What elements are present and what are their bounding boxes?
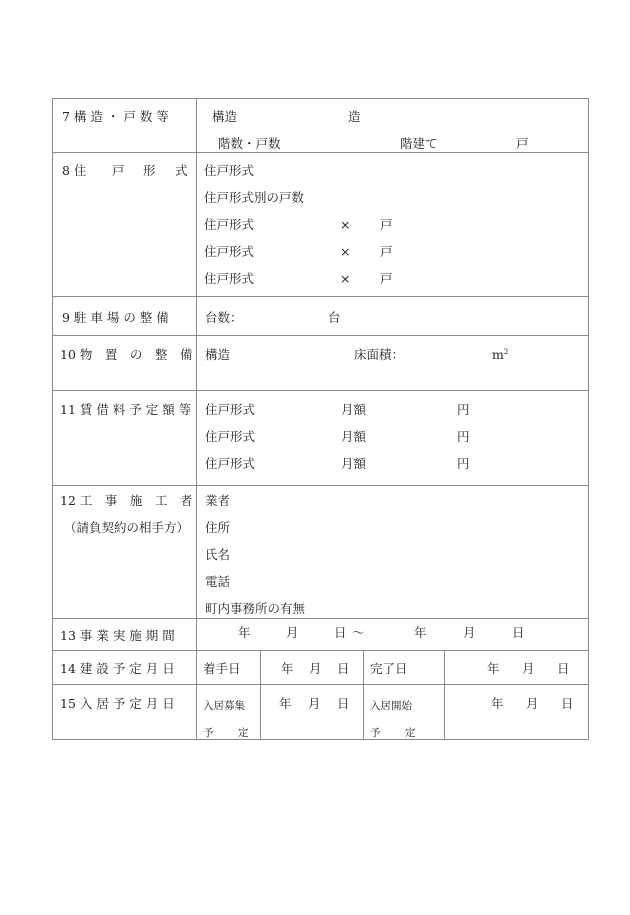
start-year: 年 — [281, 662, 294, 676]
floors-suffix: 階建て — [400, 137, 438, 151]
movein-label-line1: 入居開始 — [370, 699, 412, 713]
floors-units-label: 階数・戸数 — [218, 137, 281, 151]
cell-divider — [444, 650, 445, 739]
yen-unit: 円 — [457, 430, 470, 444]
unit-suffix: 戸 — [380, 218, 393, 232]
unit-suffix: 戸 — [380, 272, 393, 286]
parking-count-label: 台数： — [205, 311, 243, 325]
row-label: 10 物 置 の 整 備 — [60, 348, 192, 362]
recruit-month: 月 — [308, 697, 321, 711]
end-day: 日 — [512, 626, 525, 640]
monthly-label: 月額 — [341, 457, 366, 471]
rent-unit-type-label: 住戸形式 — [205, 403, 255, 417]
monthly-label: 月額 — [341, 430, 366, 444]
start-month: 月 — [309, 662, 322, 676]
end-year: 年 — [414, 626, 427, 640]
row-divider — [53, 335, 588, 336]
row-label-part: 形 — [143, 164, 156, 178]
contractor-label: 業者 — [205, 494, 230, 508]
row-label: 9 駐 車 場 の 整 備 — [62, 311, 169, 325]
name-label: 氏名 — [205, 548, 230, 562]
parking-count-unit: 台 — [328, 311, 341, 325]
end-year: 年 — [487, 662, 500, 676]
cell-divider — [363, 650, 364, 739]
unit-type-line-label: 住戸形式 — [204, 218, 254, 232]
row-divider — [53, 650, 588, 651]
start-day: 日 — [334, 626, 347, 640]
row-label-part: 8 住 — [62, 164, 86, 178]
movein-label-line2b: 定 — [405, 726, 416, 740]
recruit-day: 日 — [337, 697, 350, 711]
row-label-part: 式 — [175, 164, 188, 178]
row-divider — [53, 390, 588, 391]
yen-unit: 円 — [457, 457, 470, 471]
structure-suffix: 造 — [348, 110, 361, 124]
local-office-label: 町内事務所の有無 — [205, 602, 305, 616]
row-label: 13 事 業 実 施 期 間 — [60, 629, 175, 643]
end-month: 月 — [463, 626, 476, 640]
area-unit: m2 — [492, 348, 508, 362]
row-sublabel: （請負契約の相手方） — [64, 521, 189, 535]
movein-day: 日 — [561, 697, 574, 711]
application-form-table — [52, 98, 589, 740]
yen-unit: 円 — [457, 403, 470, 417]
address-label: 住所 — [205, 521, 230, 535]
unit-suffix: 戸 — [380, 245, 393, 259]
end-day: 日 — [557, 662, 570, 676]
row-label: 14 建 設 予 定 月 日 — [60, 662, 175, 676]
unit-type-line-label: 住戸形式 — [204, 272, 254, 286]
row-label: 7 構 造 ・ 戸 数 等 — [62, 110, 169, 124]
row-label-part: 戸 — [112, 164, 125, 178]
row-divider — [53, 684, 588, 685]
unit-type-label: 住戸形式 — [204, 164, 254, 178]
movein-label-line2a: 予 — [370, 726, 381, 740]
units-by-type-label: 住戸形式別の戸数 — [204, 191, 304, 205]
structure-label: 構造 — [212, 110, 237, 124]
row-label: 15 入 居 予 定 月 日 — [60, 697, 175, 711]
recruit-label-line1: 入居募集 — [203, 699, 245, 713]
end-date-label: 完了日 — [370, 662, 408, 676]
recruit-year: 年 — [279, 697, 292, 711]
row-divider — [53, 618, 588, 619]
start-year: 年 — [238, 626, 251, 640]
cell-divider — [260, 650, 261, 739]
row-label: 11 賃 借 料 予 定 額 等 — [60, 403, 191, 417]
times-sign: × — [340, 245, 350, 259]
row-divider — [53, 152, 588, 153]
times-sign: × — [340, 272, 350, 286]
start-day: 日 — [337, 662, 350, 676]
phone-label: 電話 — [205, 575, 230, 589]
units-suffix: 戸 — [516, 137, 529, 151]
recruit-label-line2b: 定 — [238, 726, 249, 740]
rent-unit-type-label: 住戸形式 — [205, 430, 255, 444]
rent-unit-type-label: 住戸形式 — [205, 457, 255, 471]
storage-structure-label: 構造 — [205, 348, 230, 362]
recruit-label-line2a: 予 — [203, 726, 214, 740]
movein-year: 年 — [491, 697, 504, 711]
end-month: 月 — [522, 662, 535, 676]
tilde: ～ — [352, 626, 365, 640]
label-column-divider — [196, 99, 197, 739]
start-month: 月 — [286, 626, 299, 640]
row-divider — [53, 296, 588, 297]
floor-area-label: 床面積： — [354, 348, 404, 362]
movein-month: 月 — [526, 697, 539, 711]
times-sign: × — [340, 218, 350, 232]
start-date-label: 着手日 — [203, 662, 241, 676]
unit-type-line-label: 住戸形式 — [204, 245, 254, 259]
monthly-label: 月額 — [341, 403, 366, 417]
row-divider — [53, 485, 588, 486]
row-label: 12 工 事 施 工 者 — [60, 494, 192, 508]
